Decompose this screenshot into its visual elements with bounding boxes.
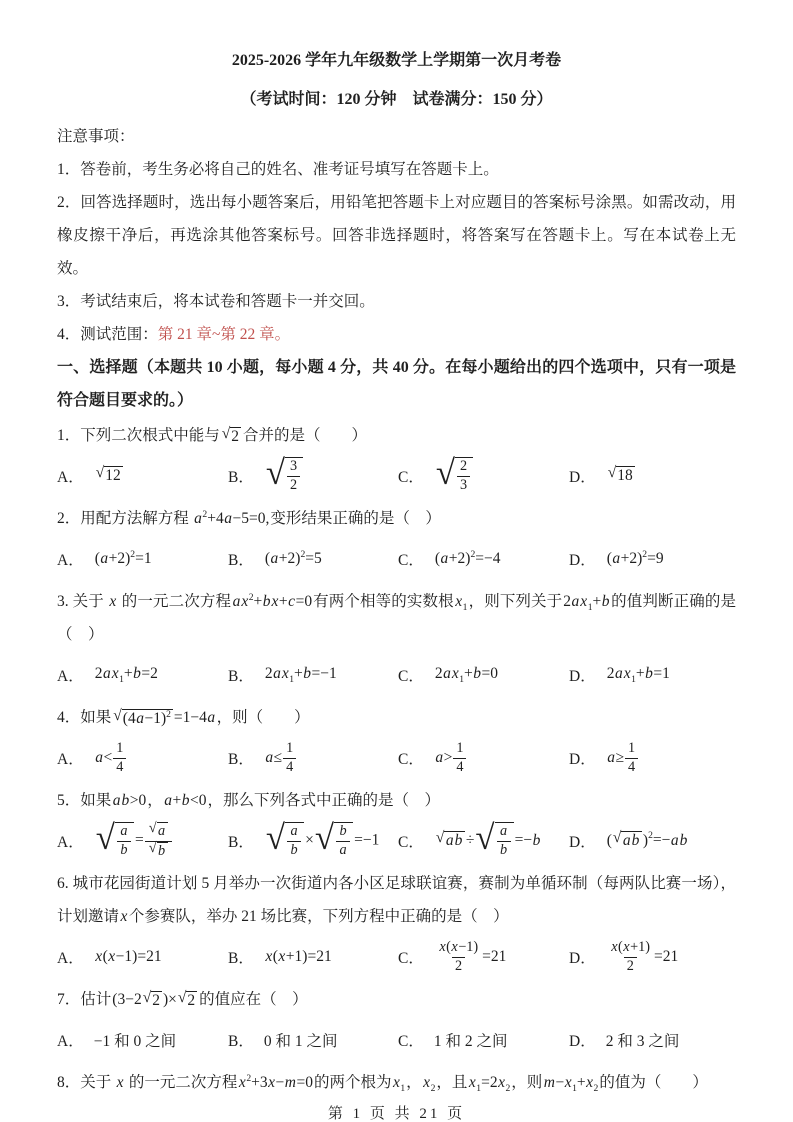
option-label: D． [569, 548, 596, 570]
options-row: A．2ax1+b=2B．2ax1+b=−1C．2ax1+b=0D．2ax1+b=… [57, 653, 736, 697]
option: D．2 和 3 之间 [569, 1029, 736, 1051]
option-label: B． [228, 1029, 254, 1051]
text-run: 4．如果 [57, 709, 111, 726]
options-row: A．a<14B．a≤14C．a>14D．a≥14 [57, 736, 736, 780]
radical: √ba [315, 822, 353, 860]
text-run: ， [147, 792, 163, 809]
exam-time-score-subtitle: （考试时间：120 分钟 试卷满分：150 分） [57, 83, 736, 116]
paren-group: (4a−1) [123, 710, 166, 727]
text-run: 3．考试结束后，将本试卷和答题卡一并交回。 [57, 293, 375, 310]
option-label: A． [57, 946, 84, 968]
option: B．a≤14 [228, 740, 398, 777]
option-label: D． [569, 664, 596, 686]
page-number-footer: 第 1 页 共 21 页 [57, 1099, 736, 1122]
text-run: 合并的是（ ） [243, 427, 367, 444]
question: 4．如果√(4a−1)2=1−4a，则（ ）A．a<14B．a≤14C．a>14… [57, 701, 736, 780]
option: A．x(x−1)=21 [57, 946, 228, 968]
radical-sign-icon: √ [608, 465, 617, 481]
math-expression: x1=2x2 [467, 1074, 511, 1091]
paren-group: (x+1) [273, 948, 308, 965]
radical: √23 [436, 457, 473, 495]
notices-heading: 注意事项： [57, 120, 736, 153]
question: 1．下列二次根式中能与√2合并的是（ ）A．√12B．√32C．√23D．√18 [57, 419, 736, 498]
radical-sign-icon: √ [436, 457, 455, 489]
radical-sign-icon: √ [613, 830, 622, 846]
question-stem: 3. 关于 x 的一元二次方程ax2+bx+c=0有两个相等的实数根x1，则下列… [57, 585, 736, 651]
text-run: 的值为（ ） [599, 1074, 708, 1091]
option: A．√ab=√a√b [57, 822, 228, 860]
radical-sign-icon: √ [149, 821, 157, 836]
paren-group: (3−2√2) [112, 991, 168, 1008]
option: C．a>14 [398, 740, 569, 777]
radical: √18 [608, 466, 635, 486]
text-run: 8．关于 [57, 1074, 115, 1091]
radical-sign-icon: √ [96, 465, 105, 481]
option: C．x(x−1)2=21 [398, 939, 569, 976]
fraction: ab [497, 823, 511, 860]
text-run: ，则下列关于 [468, 593, 562, 610]
math-expression: x2+3x−m=0 [237, 1074, 314, 1091]
math-expression: (√ab)2=−ab [606, 831, 689, 851]
option: D．2ax1+b=1 [569, 664, 736, 686]
text-run: 2．用配方法解方程 [57, 510, 193, 527]
option: C．(a+2)2=−4 [398, 548, 569, 570]
question: 2．用配方法解方程 a2+4a−5=0,变形结果正确的是（ ）A．(a+2)2=… [57, 502, 736, 581]
fraction: x(x−1)2 [436, 939, 481, 976]
options-row: A．(a+2)2=1B．(a+2)2=5C．(a+2)2=−4D．(a+2)2=… [57, 537, 736, 581]
options-row: A．√12B．√32C．√23D．√18 [57, 454, 736, 498]
fraction: x(x+1)2 [608, 939, 653, 976]
option: C．2ax1+b=0 [398, 664, 569, 686]
math-expression: a+b<0 [163, 792, 208, 809]
math-expression: x2 [422, 1074, 437, 1091]
text-run: 0 和 1 之间 [264, 1029, 338, 1051]
radical-sign-icon: √ [266, 457, 285, 489]
math-expression: (a+2)2=5 [264, 550, 323, 568]
option-label: C． [398, 465, 424, 487]
page-title: 2025-2026 学年九年级数学上学期第一次月考卷 [57, 44, 736, 77]
paren-group: (x−1) [103, 948, 138, 965]
option-label: B． [228, 465, 254, 487]
paren-group: (x+1) [618, 939, 650, 955]
question-stem: 4．如果√(4a−1)2=1−4a，则（ ） [57, 701, 736, 734]
option: B．0 和 1 之间 [228, 1029, 398, 1051]
option: A．(a+2)2=1 [57, 548, 228, 570]
option: A．2ax1+b=2 [57, 664, 228, 686]
option-label: C． [398, 664, 424, 686]
math-expression: √18 [606, 466, 637, 486]
radical-sign-icon: √ [143, 990, 152, 1006]
option-label: C． [398, 946, 424, 968]
math-expression: x(x−1)=21 [94, 948, 163, 966]
option-label: D． [569, 830, 596, 852]
math-expression: √ab×√ba=−1 [264, 822, 381, 860]
math-expression: x [115, 1074, 125, 1091]
radical: √ab [475, 822, 513, 860]
question: 7．估计(3−2√2)×√2的值应在（ ）A．−1 和 0 之间B．0 和 1 … [57, 983, 736, 1062]
text-run: 有两个相等的实数根 [313, 593, 454, 610]
fraction: ba [336, 823, 350, 860]
option: A．−1 和 0 之间 [57, 1029, 228, 1051]
math-expression: x(x+1)=21 [264, 948, 333, 966]
math-expression: √23 [434, 457, 475, 495]
text-run: 5．如果 [57, 792, 111, 809]
fraction: 14 [113, 740, 126, 777]
option: D．a≥14 [569, 740, 736, 777]
text-run: 的一元二次方程 [125, 1074, 237, 1091]
option: D．x(x+1)2=21 [569, 939, 736, 976]
option-label: A． [57, 465, 84, 487]
text-run: ，那么下列各式中正确的是（ ） [208, 792, 441, 809]
option-label: A． [57, 1029, 84, 1051]
radical: √2 [143, 991, 162, 1011]
math-expression: √32 [264, 457, 305, 495]
radical-sign-icon: √ [222, 426, 231, 442]
text-run: 1．下列二次根式中能与 [57, 427, 220, 444]
math-expression: x [119, 908, 129, 925]
radical-sign-icon: √ [178, 990, 187, 1006]
paren-group: (x−1) [446, 939, 478, 955]
question: 3. 关于 x 的一元二次方程ax2+bx+c=0有两个相等的实数根x1，则下列… [57, 585, 736, 697]
math-expression: √(4a−1)2=1−4a [111, 709, 216, 726]
text-run: 1．答卷前，考生务必将自己的姓名、准考证号填写在答题卡上。 [57, 161, 499, 178]
math-expression: 2ax1+b [562, 593, 611, 610]
math-expression: √ab÷√ab=−b [434, 822, 542, 860]
paren-group: (a+2) [265, 550, 301, 567]
radical-sign-icon: √ [266, 822, 285, 854]
question-stem: 7．估计(3−2√2)×√2的值应在（ ） [57, 983, 736, 1016]
notice-item: 1．答卷前，考生务必将自己的姓名、准考证号填写在答题卡上。 [57, 153, 736, 186]
question: 5．如果ab>0，a+b<0，那么下列各式中正确的是（ ）A．√ab=√a√bB… [57, 784, 736, 863]
option-label: A． [57, 664, 84, 686]
math-expression: a≥14 [606, 740, 640, 777]
option: C．√ab÷√ab=−b [398, 822, 569, 860]
text-run: 7．估计 [57, 991, 111, 1008]
text-run: −1 和 0 之间 [94, 1029, 176, 1051]
option: C．1 和 2 之间 [398, 1029, 569, 1051]
option: B．√ab×√ba=−1 [228, 822, 398, 860]
notices-list: 1．答卷前，考生务必将自己的姓名、准考证号填写在答题卡上。2．回答选择题时，选出… [57, 153, 736, 351]
math-expression: 2ax1+b=−1 [264, 665, 338, 685]
text-run: 1 和 2 之间 [434, 1029, 508, 1051]
question-stem: 2．用配方法解方程 a2+4a−5=0,变形结果正确的是（ ） [57, 502, 736, 535]
question: 8．关于 x 的一元二次方程x2+3x−m=0的两个根为x1，x2，且x1=2x… [57, 1066, 736, 1099]
notice-item: 4．测试范围：第 21 章~第 22 章。 [57, 318, 736, 351]
option: B．(a+2)2=5 [228, 548, 398, 570]
section-heading: 一、选择题（本题共 10 小题，每小题 4 分，共 40 分。在每小题给出的四个… [57, 351, 736, 417]
math-expression: x [108, 593, 118, 610]
option-label: D． [569, 747, 596, 769]
math-expression: 2ax1+b=0 [434, 665, 499, 685]
notice-item: 3．考试结束后，将本试卷和答题卡一并交回。 [57, 285, 736, 318]
paren-group: (a+2) [95, 550, 131, 567]
option: C．√23 [398, 457, 569, 495]
math-expression: (a+2)2=1 [94, 550, 153, 568]
option-label: D． [569, 946, 596, 968]
text-run: 的一元二次方程 [118, 593, 231, 610]
test-scope-red-text: 第 21 章~第 22 章。 [158, 326, 290, 343]
notice-item: 2．回答选择题时，选出每小题答案后，用铅笔把答题卡上对应题目的答案标号涂黑。如需… [57, 186, 736, 285]
radical-sign-icon: √ [113, 708, 122, 724]
option: D．√18 [569, 465, 736, 487]
radical: √ab [96, 822, 134, 860]
fraction: 14 [453, 740, 466, 777]
math-expression: 2ax1+b=1 [606, 665, 671, 685]
option: D．(√ab)2=−ab [569, 830, 736, 852]
option-label: C． [398, 830, 424, 852]
option-label: D． [569, 465, 596, 487]
math-expression: √12 [94, 466, 125, 486]
math-expression: x(x−1)2=21 [434, 939, 508, 976]
question: 6. 城市花园街道计划 5 月举办一次街道内各小区足球联谊赛，赛制为单循环制（每… [57, 867, 736, 979]
option-label: D． [569, 1029, 596, 1051]
option-label: B． [228, 548, 254, 570]
option: D．(a+2)2=9 [569, 548, 736, 570]
text-run: ，则（ ） [217, 709, 310, 726]
questions-list: 1．下列二次根式中能与√2合并的是（ ）A．√12B．√32C．√23D．√18… [57, 419, 736, 1099]
fraction: ab [117, 823, 131, 860]
math-expression: √2 [220, 427, 243, 444]
radical: √b [149, 842, 168, 860]
radical: √2 [178, 991, 197, 1011]
fraction: 32 [287, 458, 300, 495]
math-expression: 2ax1+b=2 [94, 665, 159, 685]
question-stem: 1．下列二次根式中能与√2合并的是（ ） [57, 419, 736, 452]
option-label: C． [398, 548, 424, 570]
math-expression: x(x+1)2=21 [606, 939, 680, 976]
math-expression: ax2+bx+c=0 [231, 593, 313, 610]
paren-group: (a+2) [607, 550, 643, 567]
text-run: ，则 [511, 1074, 542, 1091]
text-run: 4．测试范围： [57, 326, 158, 343]
radical-sign-icon: √ [436, 830, 445, 846]
text-run: 个参赛队，举办 21 场比赛，下列方程中正确的是（ ） [129, 908, 509, 925]
math-expression: (a+2)2=9 [606, 550, 665, 568]
math-expression: √ab=√a√b [94, 822, 174, 860]
fraction: 23 [457, 458, 470, 495]
question-stem: 6. 城市花园街道计划 5 月举办一次街道内各小区足球联谊赛，赛制为单循环制（每… [57, 867, 736, 933]
option-label: B． [228, 946, 254, 968]
text-run: 2 和 3 之间 [606, 1029, 680, 1051]
option-label: A． [57, 747, 84, 769]
radical: √ab [436, 831, 465, 851]
option: B．x(x+1)=21 [228, 946, 398, 968]
option-label: A． [57, 548, 84, 570]
option-label: C． [398, 747, 424, 769]
option-label: B． [228, 830, 254, 852]
radical: √12 [96, 466, 123, 486]
text-run: 2．回答选择题时，选出每小题答案后，用铅笔把答题卡上对应题目的答案标号涂黑。如需… [57, 194, 736, 277]
radical: √32 [266, 457, 303, 495]
math-expression: ab>0 [111, 792, 147, 809]
text-run: 3. 关于 [57, 593, 108, 610]
options-row: A．x(x−1)=21B．x(x+1)=21C．x(x−1)2=21D．x(x+… [57, 935, 736, 979]
math-expression: a<14 [94, 740, 129, 777]
radical: √a [149, 822, 168, 840]
math-expression: x1 [454, 593, 469, 610]
radical-sign-icon: √ [149, 841, 157, 856]
radical-sign-icon: √ [475, 822, 494, 854]
option-label: B． [228, 664, 254, 686]
radical: √ab [613, 831, 642, 851]
text-run: 的两个根为 [314, 1074, 392, 1091]
paren-group: (√ab) [607, 832, 648, 849]
option: A．a<14 [57, 740, 228, 777]
text-run: 的值应在（ ） [199, 991, 308, 1008]
options-row: A．√ab=√a√bB．√ab×√ba=−1C．√ab÷√ab=−bD．(√ab… [57, 819, 736, 863]
fraction: ab [287, 823, 301, 860]
math-expression: a2+4a−5=0, [193, 510, 271, 527]
radical: √(4a−1)2 [113, 709, 173, 729]
option-label: C． [398, 1029, 424, 1051]
fraction: 14 [283, 740, 296, 777]
option: B．2ax1+b=−1 [228, 664, 398, 686]
option: B．√32 [228, 457, 398, 495]
radical: √ab [266, 822, 304, 860]
math-expression: (3−2√2)×√2 [111, 991, 199, 1008]
paren-group: (a+2) [435, 550, 471, 567]
exam-page: 2025-2026 学年九年级数学上学期第一次月考卷 （考试时间：120 分钟 … [0, 0, 793, 1122]
math-expression: a≤14 [264, 740, 298, 777]
math-expression: m−x1+x2 [542, 1074, 599, 1091]
option-label: B． [228, 747, 254, 769]
fraction: 14 [625, 740, 638, 777]
radical-sign-icon: √ [315, 822, 334, 854]
text-run: ，且 [436, 1074, 467, 1091]
math-expression: a>14 [434, 740, 469, 777]
radical-sign-icon: √ [96, 822, 115, 854]
math-expression: (a+2)2=−4 [434, 550, 502, 568]
options-row: A．−1 和 0 之间B．0 和 1 之间C．1 和 2 之间D．2 和 3 之… [57, 1018, 736, 1062]
text-run: ， [406, 1074, 422, 1091]
radical: √2 [222, 427, 241, 447]
text-run: 变形结果正确的是（ ） [270, 510, 441, 527]
question-stem: 5．如果ab>0，a+b<0，那么下列各式中正确的是（ ） [57, 784, 736, 817]
option-label: A． [57, 830, 84, 852]
fraction: √a√b [145, 822, 172, 859]
math-expression: x1 [391, 1074, 406, 1091]
question-stem: 8．关于 x 的一元二次方程x2+3x−m=0的两个根为x1，x2，且x1=2x… [57, 1066, 736, 1099]
option: A．√12 [57, 465, 228, 487]
